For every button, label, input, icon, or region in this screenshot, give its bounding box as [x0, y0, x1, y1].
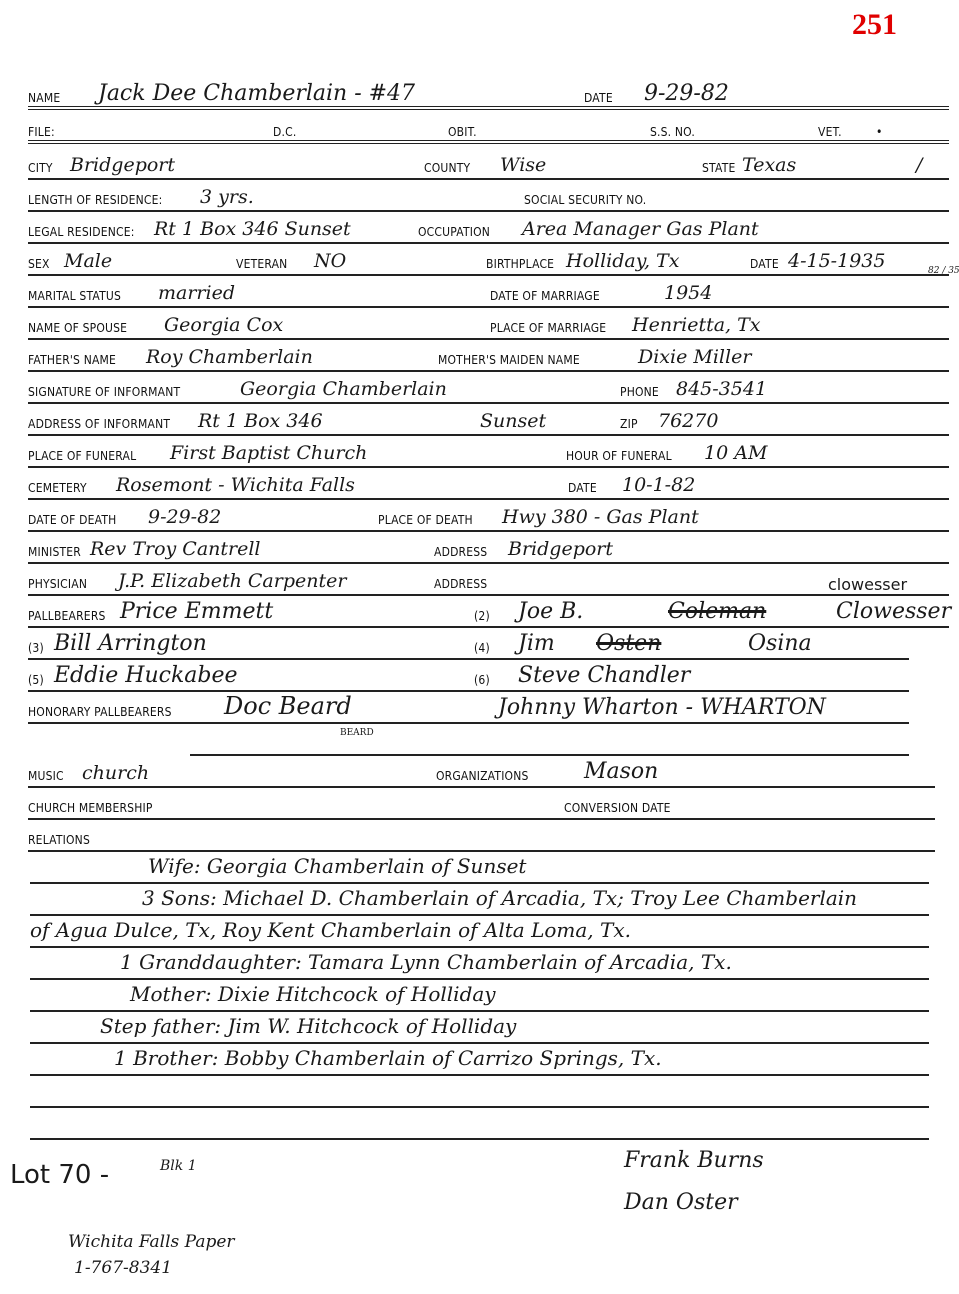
- divider: [28, 690, 909, 692]
- marital-status-label: MARITAL STATUS: [28, 289, 121, 303]
- relation-line: Step father: Jim W. Hitchcock of Hollida…: [30, 1012, 929, 1044]
- address-of-informant-value: Rt 1 Box 346: [198, 410, 323, 432]
- physician-address-label: ADDRESS: [434, 577, 487, 591]
- relation-line: of Agua Dulce, Tx, Roy Kent Chamberlain …: [30, 916, 929, 948]
- name-row: NAME Jack Dee Chamberlain - #47 DATE 9-2…: [28, 84, 949, 110]
- mothers-maiden-name-label: MOTHER'S MAIDEN NAME: [438, 353, 580, 367]
- cemetery-row: CEMETERY Rosemont - Wichita Falls DATE 1…: [28, 474, 949, 500]
- church-membership-label: CHURCH MEMBERSHIP: [28, 801, 153, 815]
- divider: [28, 722, 909, 724]
- pallbearer-6-num: (6): [474, 673, 490, 687]
- minister-value: Rev Troy Cantrell: [90, 538, 261, 560]
- file-label: FILE:: [28, 125, 55, 139]
- divider: [28, 106, 949, 110]
- music-value: church: [82, 762, 149, 784]
- honorary-pallbearer-1: Doc Beard: [224, 692, 352, 720]
- length-of-residence-label: LENGTH OF RESIDENCE:: [28, 193, 162, 207]
- note-name-1: Frank Burns: [624, 1148, 764, 1173]
- divider: [28, 178, 949, 180]
- place-of-funeral-value: First Baptist Church: [170, 442, 367, 464]
- divider: [28, 434, 949, 436]
- pallbearer-4: Jim: [518, 631, 555, 656]
- divider: [28, 140, 949, 144]
- county-label: COUNTY: [424, 161, 470, 175]
- vet-label: VET.: [818, 125, 842, 139]
- funeral-row: PLACE OF FUNERAL First Baptist Church HO…: [28, 442, 949, 468]
- relation-line: 1 Granddaughter: Tamara Lynn Chamberlain…: [30, 948, 929, 980]
- pallbearer-2-correction: Clowesser: [836, 599, 951, 624]
- honorary-pallbearer-2: Johnny Wharton - WHARTON: [498, 695, 826, 720]
- address-of-informant-label: ADDRESS OF INFORMANT: [28, 417, 170, 431]
- divider: [28, 370, 949, 372]
- pallbearer-6: Steve Chandler: [518, 663, 690, 688]
- honorary-pallbearers-row: HONORARY PALLBEARERS Doc Beard Johnny Wh…: [28, 698, 949, 724]
- pallbearer-4-correction: Osina: [748, 631, 812, 656]
- divider: [28, 306, 949, 308]
- block-note: Blk 1: [160, 1158, 197, 1174]
- organizations-label: ORGANIZATIONS: [436, 769, 529, 783]
- divider: [28, 402, 949, 404]
- divider: [28, 242, 949, 244]
- organizations-value: Mason: [584, 759, 658, 784]
- place-of-death-label: PLACE OF DEATH: [378, 513, 473, 527]
- music-row: MUSIC church ORGANIZATIONS Mason: [28, 762, 949, 788]
- divider: [28, 786, 935, 788]
- marital-row: MARITAL STATUS married DATE OF MARRIAGE …: [28, 282, 949, 308]
- legal-residence-row: LEGAL RESIDENCE: Rt 1 Box 346 Sunset OCC…: [28, 218, 949, 244]
- marital-status-value: married: [158, 282, 235, 304]
- divider: [28, 594, 949, 596]
- ss-no-label: S.S. NO.: [650, 125, 695, 139]
- conversion-date-label: CONVERSION DATE: [564, 801, 671, 815]
- cemetery-date-value: 10-1-82: [622, 474, 695, 496]
- sex-label: SEX: [28, 257, 50, 271]
- cemetery-date-label: DATE: [568, 481, 597, 495]
- music-label: MUSIC: [28, 769, 64, 783]
- pallbearers-row-3: (5) Eddie Huckabee (6) Steve Chandler: [28, 666, 949, 692]
- date-of-marriage-value: 1954: [664, 282, 712, 304]
- zip-label: ZIP: [620, 417, 638, 431]
- date-of-death-value: 9-29-82: [148, 506, 221, 528]
- pallbearer-2: Joe B.: [518, 599, 583, 624]
- paper-phone-note: 1-767-8341: [74, 1258, 172, 1278]
- divider: [28, 658, 909, 660]
- date-of-death-label: DATE OF DEATH: [28, 513, 116, 527]
- minister-row: MINISTER Rev Troy Cantrell ADDRESS Bridg…: [28, 538, 949, 564]
- relation-line: 3 Sons: Michael D. Chamberlain of Arcadi…: [30, 884, 929, 916]
- relations-row: RELATIONS: [28, 826, 949, 852]
- date-label: DATE: [584, 91, 613, 105]
- birth-date-value: 4-15-1935: [788, 250, 885, 272]
- minister-address-label: ADDRESS: [434, 545, 487, 559]
- divider: [28, 338, 949, 340]
- relation-line: 1 Brother: Bobby Chamberlain of Carrizo …: [30, 1044, 929, 1076]
- zip-value: 76270: [658, 410, 718, 432]
- divider: [28, 530, 949, 532]
- pallbearers-row-1: PALLBEARERS Price Emmett (2) Joe B. Cole…: [28, 602, 949, 628]
- pallbearer-1: Price Emmett: [120, 599, 273, 624]
- phone-value: 845-3541: [676, 378, 767, 400]
- blank-line: [190, 730, 949, 756]
- date-value: 9-29-82: [644, 81, 729, 106]
- county-value: Wise: [500, 154, 546, 176]
- veteran-value: NO: [314, 250, 346, 272]
- divider: [190, 754, 909, 756]
- sex-value: Male: [64, 250, 112, 272]
- margin-mark: /: [916, 154, 922, 176]
- parents-row: FATHER'S NAME Roy Chamberlain MOTHER'S M…: [28, 346, 949, 372]
- name-value: Jack Dee Chamberlain - #47: [98, 81, 415, 106]
- relations-label: RELATIONS: [28, 833, 90, 847]
- cemetery-value: Rosemont - Wichita Falls: [116, 474, 355, 496]
- spouse-value: Georgia Cox: [164, 314, 283, 336]
- state-value: Texas: [742, 154, 796, 176]
- divider: [28, 274, 949, 276]
- signature-of-informant-value: Georgia Chamberlain: [240, 378, 447, 400]
- birth-date-label: DATE: [750, 257, 779, 271]
- date-of-marriage-label: DATE OF MARRIAGE: [490, 289, 600, 303]
- physician-value: J.P. Elizabeth Carpenter: [118, 570, 346, 592]
- mothers-maiden-name-value: Dixie Miller: [638, 346, 751, 368]
- vet-mark: •: [876, 125, 883, 139]
- spouse-label: NAME OF SPOUSE: [28, 321, 127, 335]
- pallbearer-5: Eddie Huckabee: [54, 663, 238, 688]
- divider: [28, 498, 949, 500]
- relation-line: Mother: Dixie Hitchcock of Holliday: [30, 980, 929, 1012]
- pallbearer-3: Bill Arrington: [54, 631, 207, 656]
- fathers-name-value: Roy Chamberlain: [146, 346, 313, 368]
- legal-residence-value: Rt 1 Box 346 Sunset: [154, 218, 351, 240]
- hour-of-funeral-label: HOUR OF FUNERAL: [566, 449, 672, 463]
- physician-label: PHYSICIAN: [28, 577, 87, 591]
- pallbearer-2-num: (2): [474, 609, 490, 623]
- state-label: STATE: [702, 161, 735, 175]
- address-of-informant-town: Sunset: [480, 410, 546, 432]
- veteran-label: VETERAN: [236, 257, 287, 271]
- pallbearer-correction-note: clowesser: [828, 575, 907, 594]
- name-label: NAME: [28, 91, 60, 105]
- spouse-row: NAME OF SPOUSE Georgia Cox PLACE OF MARR…: [28, 314, 949, 340]
- death-row: DATE OF DEATH 9-29-82 PLACE OF DEATH Hwy…: [28, 506, 949, 532]
- length-of-residence-value: 3 yrs.: [200, 186, 254, 208]
- divider: [28, 562, 949, 564]
- informant-row: SIGNATURE OF INFORMANT Georgia Chamberla…: [28, 378, 949, 404]
- minister-address-value: Bridgeport: [508, 538, 613, 560]
- informant-address-row: ADDRESS OF INFORMANT Rt 1 Box 346 Sunset…: [28, 410, 949, 436]
- city-label: CITY: [28, 161, 53, 175]
- relation-line: [30, 1108, 929, 1140]
- phone-label: PHONE: [620, 385, 659, 399]
- pallbearer-3-num: (3): [28, 641, 44, 655]
- cemetery-label: CEMETERY: [28, 481, 87, 495]
- social-security-label: SOCIAL SECURITY NO.: [524, 193, 646, 207]
- occupation-value: Area Manager Gas Plant: [522, 218, 759, 240]
- place-of-death-value: Hwy 380 - Gas Plant: [502, 506, 699, 528]
- signature-of-informant-label: SIGNATURE OF INFORMANT: [28, 385, 180, 399]
- divider: [28, 818, 935, 820]
- paper-note: Wichita Falls Paper: [68, 1232, 235, 1252]
- place-of-marriage-label: PLACE OF MARRIAGE: [490, 321, 606, 335]
- pallbearer-4-num: (4): [474, 641, 490, 655]
- lot-note: Lot 70 -: [10, 1160, 109, 1190]
- minister-label: MINISTER: [28, 545, 81, 559]
- pallbearer-4-struck: Osten: [596, 631, 661, 656]
- city-row: CITY Bridgeport COUNTY Wise STATE Texas …: [28, 154, 949, 180]
- occupation-label: OCCUPATION: [418, 225, 490, 239]
- pallbearer-2-struck: Coleman: [668, 599, 766, 624]
- pallbearers-label: PALLBEARERS: [28, 609, 106, 623]
- fathers-name-label: FATHER'S NAME: [28, 353, 116, 367]
- birthplace-value: Holliday, Tx: [566, 250, 679, 272]
- honorary-pallbearers-label: HONORARY PALLBEARERS: [28, 705, 172, 719]
- file-row: FILE: D.C. OBIT. S.S. NO. VET. •: [28, 118, 949, 144]
- note-name-2: Dan Oster: [624, 1190, 738, 1215]
- divider: [28, 466, 949, 468]
- city-value: Bridgeport: [70, 154, 175, 176]
- legal-residence-label: LEGAL RESIDENCE:: [28, 225, 135, 239]
- pallbearers-row-2: (3) Bill Arrington (4) Jim Osten Osina: [28, 634, 949, 660]
- pallbearer-5-num: (5): [28, 673, 44, 687]
- place-of-marriage-value: Henrietta, Tx: [632, 314, 761, 336]
- divider: [28, 626, 949, 628]
- physician-row: PHYSICIAN J.P. Elizabeth Carpenter ADDRE…: [28, 570, 949, 596]
- relation-line: [30, 1076, 929, 1108]
- hour-of-funeral-value: 10 AM: [704, 442, 767, 464]
- dc-label: D.C.: [273, 125, 296, 139]
- place-of-funeral-label: PLACE OF FUNERAL: [28, 449, 136, 463]
- divider: [28, 210, 949, 212]
- page-number: 251: [852, 8, 897, 42]
- relation-line: Wife: Georgia Chamberlain of Sunset: [30, 852, 929, 884]
- residence-length-row: LENGTH OF RESIDENCE: 3 yrs. SOCIAL SECUR…: [28, 186, 949, 212]
- birthplace-label: BIRTHPLACE: [486, 257, 554, 271]
- church-row: CHURCH MEMBERSHIP CONVERSION DATE: [28, 794, 949, 820]
- sex-row: SEX Male VETERAN NO BIRTHPLACE Holliday,…: [28, 250, 949, 276]
- obit-label: OBIT.: [448, 125, 477, 139]
